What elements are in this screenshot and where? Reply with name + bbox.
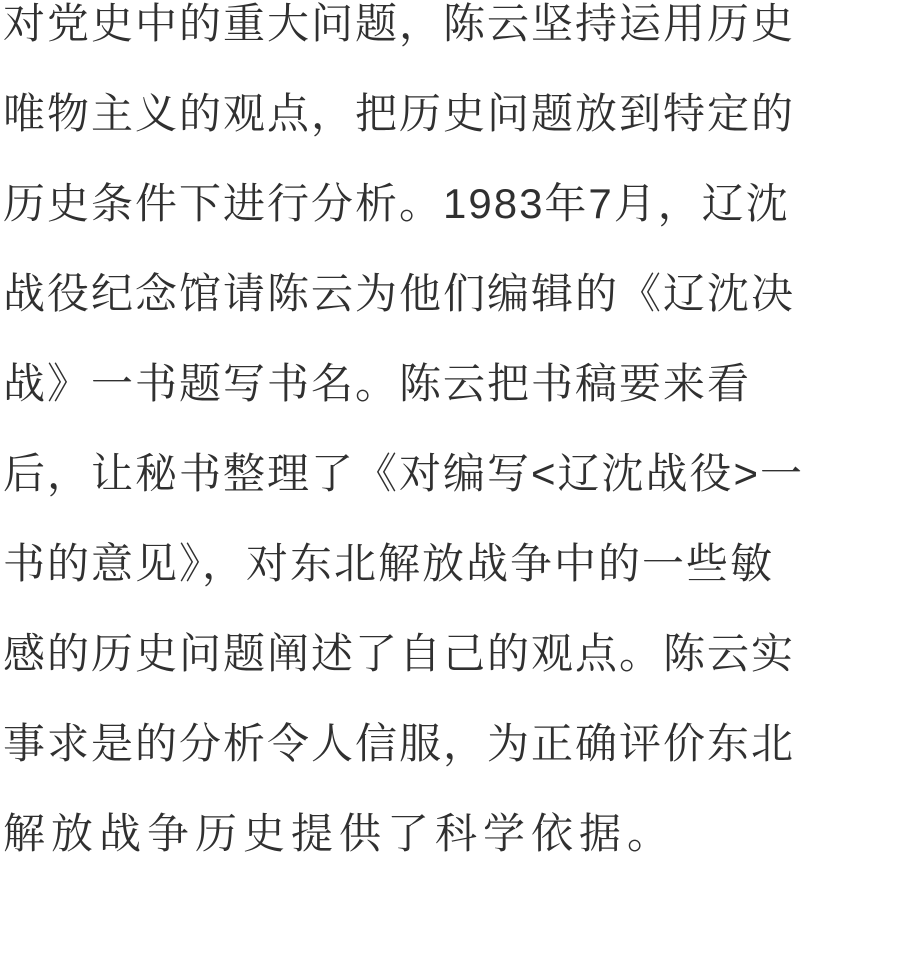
- article-page: 对党史中的重大问题，陈云坚持运用历史 唯物主义的观点，把历史问题放到特定的 历史…: [0, 0, 913, 955]
- text-line: 唯物主义的观点，把历史问题放到特定的: [3, 69, 910, 159]
- text-line: 事求是的分析令人信服，为正确评价东北: [3, 699, 910, 789]
- text-line: 战役纪念馆请陈云为他们编辑的《辽沈决: [3, 249, 910, 339]
- text-line: 战》一书题写书名。陈云把书稿要来看: [3, 339, 910, 429]
- text-line: 书的意见》，对东北解放战争中的一些敏: [3, 519, 910, 609]
- text-line: 对党史中的重大问题，陈云坚持运用历史: [3, 0, 910, 69]
- text-line: 感的历史问题阐述了自己的观点。陈云实: [3, 609, 910, 699]
- paragraph: 对党史中的重大问题，陈云坚持运用历史 唯物主义的观点，把历史问题放到特定的 历史…: [0, 0, 913, 879]
- text-line: 解放战争历史提供了科学依据。: [3, 789, 910, 879]
- text-line: 后，让秘书整理了《对编写<辽沈战役>一: [3, 429, 910, 519]
- text-line: 历史条件下进行分析。1983年7月，辽沈: [3, 159, 910, 249]
